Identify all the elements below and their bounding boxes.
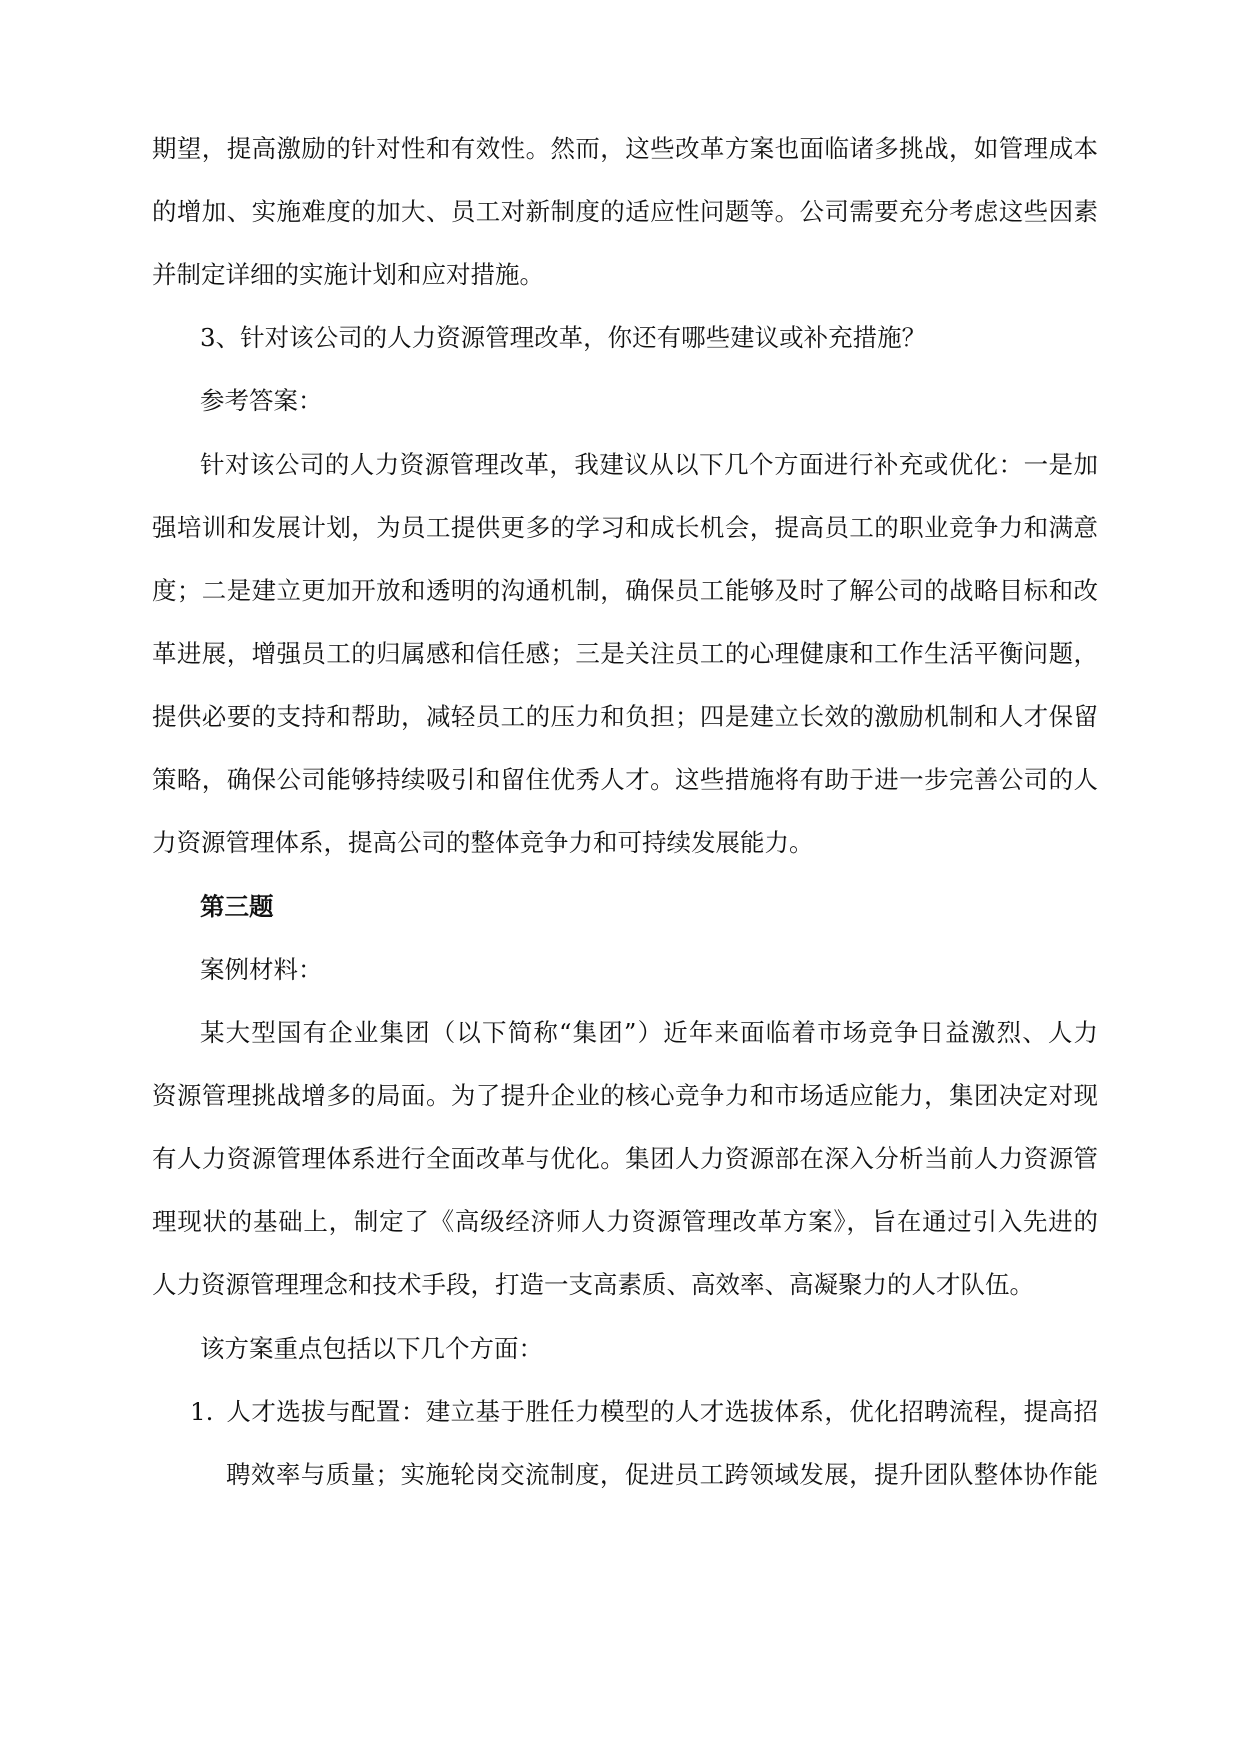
list-number: 1. bbox=[190, 1397, 226, 1427]
paragraph-line: 的增加、实施难度的加大、员工对新制度的适应性问题等。公司需要充分考虑这些因素 bbox=[152, 197, 1098, 227]
answer-line: 策略，确保公司能够持续吸引和留住优秀人才。这些措施将有助于进一步完善公司的人 bbox=[152, 765, 1098, 795]
answer-line: 提供必要的支持和帮助，减轻员工的压力和负担；四是建立长效的激励机制和人才保留 bbox=[152, 702, 1098, 732]
list-item-continuation: 聘效率与质量；实施轮岗交流制度，促进员工跨领域发展，提升团队整体协作能 bbox=[226, 1460, 1098, 1490]
case-line: 有人力资源管理体系进行全面改革与优化。集团人力资源部在深入分析当前人力资源管 bbox=[152, 1144, 1098, 1174]
list-item-1: 1.人才选拔与配置：建立基于胜任力模型的人才选拔体系，优化招聘流程，提高招 bbox=[190, 1397, 1098, 1427]
section-heading: 第三题 bbox=[200, 892, 1098, 922]
answer-line: 强培训和发展计划，为员工提供更多的学习和成长机会，提高员工的职业竞争力和满意 bbox=[152, 513, 1098, 543]
document-page: 期望，提高激励的针对性和有效性。然而，这些改革方案也面临诸多挑战，如管理成本 的… bbox=[0, 0, 1241, 1754]
answer-line: 度；二是建立更加开放和透明的沟通机制，确保员工能够及时了解公司的战略目标和改 bbox=[152, 576, 1098, 606]
case-label: 案例材料： bbox=[200, 955, 1098, 985]
paragraph-line: 期望，提高激励的针对性和有效性。然而，这些改革方案也面临诸多挑战，如管理成本 bbox=[152, 134, 1098, 164]
paragraph-line: 并制定详细的实施计划和应对措施。 bbox=[152, 260, 1098, 290]
question-3: 3、针对该公司的人力资源管理改革，你还有哪些建议或补充措施？ bbox=[200, 323, 1098, 353]
case-line: 某大型国有企业集团（以下简称“集团”）近年来面临着市场竞争日益激烈、人力 bbox=[200, 1018, 1098, 1048]
answer-line: 革进展，增强员工的归属感和信任感；三是关注员工的心理健康和工作生活平衡问题， bbox=[152, 639, 1098, 669]
answer-label: 参考答案： bbox=[200, 386, 1098, 416]
case-line: 理现状的基础上，制定了《高级经济师人力资源管理改革方案》，旨在通过引入先进的 bbox=[152, 1207, 1098, 1237]
case-line: 资源管理挑战增多的局面。为了提升企业的核心竞争力和市场适应能力，集团决定对现 bbox=[152, 1081, 1098, 1111]
plan-intro: 该方案重点包括以下几个方面： bbox=[200, 1334, 1098, 1364]
answer-line: 针对该公司的人力资源管理改革，我建议从以下几个方面进行补充或优化：一是加 bbox=[200, 450, 1098, 480]
case-line: 人力资源管理理念和技术手段，打造一支高素质、高效率、高凝聚力的人才队伍。 bbox=[152, 1270, 1098, 1300]
list-item-text: 人才选拔与配置：建立基于胜任力模型的人才选拔体系，优化招聘流程，提高招 bbox=[226, 1397, 1098, 1426]
answer-line: 力资源管理体系，提高公司的整体竞争力和可持续发展能力。 bbox=[152, 828, 1098, 858]
